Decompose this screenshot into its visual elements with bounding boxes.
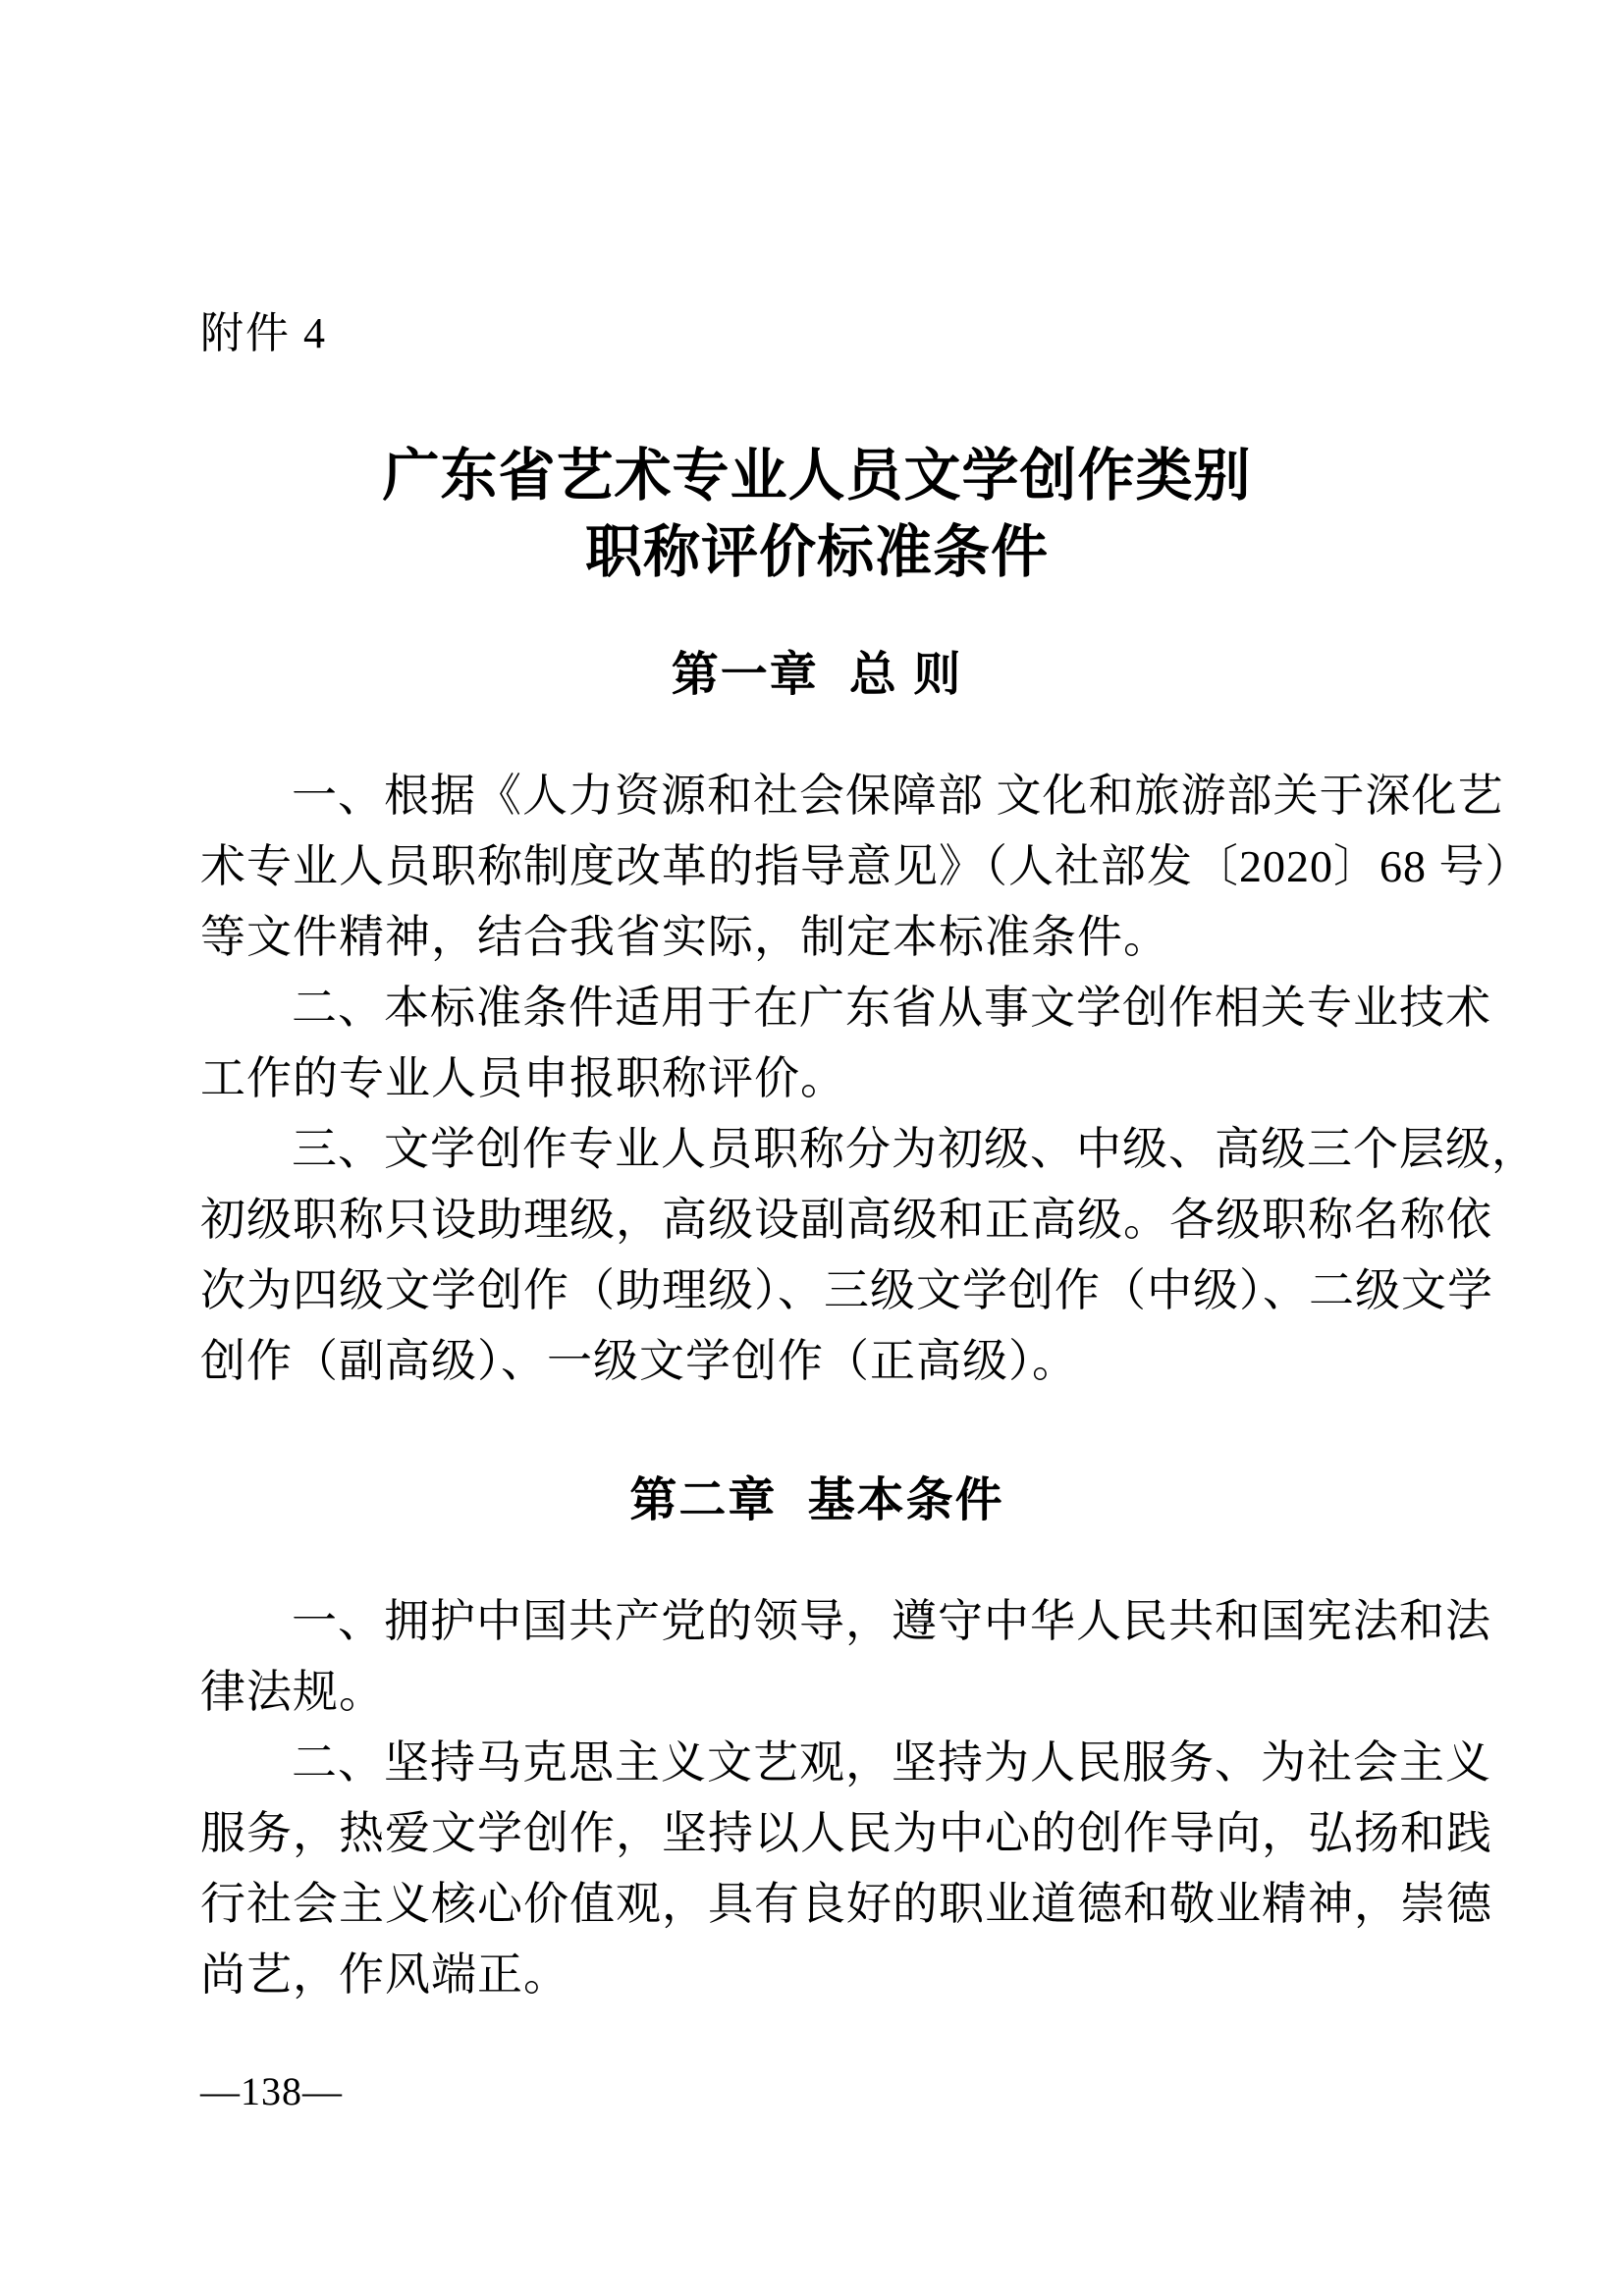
- paragraph-line: 初级职称只设助理级，高级设副高级和正高级。各级职称名称依: [200, 1185, 1434, 1255]
- paragraph-line: 创作（副高级）、一级文学创作（正高级）。: [200, 1326, 1434, 1397]
- document-title-line2: 职称评价标准条件: [200, 514, 1434, 591]
- paragraph-line: 次为四级文学创作（助理级）、三级文学创作（中级）、二级文学: [200, 1255, 1434, 1326]
- document-page: { "page": { "attachment_label": "附件 4", …: [0, 0, 1623, 2296]
- chapter: 第一章总 则 一、根据《人力资源和社会保障部 文化和旅游部关于深化艺术专业人员职…: [200, 640, 1434, 1397]
- paragraph-line: 尚艺，作风端正。: [200, 1940, 1434, 2010]
- chapter-title: 总 则: [849, 649, 962, 701]
- paragraph-line: 律法规。: [200, 1657, 1434, 1728]
- paragraph-line: 服务，热爱文学创作，坚持以人民为中心的创作导向，弘扬和践: [200, 1798, 1434, 1869]
- chapter-number: 第二章: [629, 1474, 777, 1526]
- paragraph-line: 行社会主义核心价值观，具有良好的职业道德和敬业精神，崇德: [200, 1869, 1434, 1940]
- chapter-title: 基本条件: [808, 1474, 1004, 1526]
- document-body: 第一章总 则 一、根据《人力资源和社会保障部 文化和旅游部关于深化艺术专业人员职…: [200, 640, 1434, 2010]
- paragraph-line: 一、拥护中国共产党的领导，遵守中华人民共和国宪法和法: [200, 1586, 1434, 1657]
- paragraph-line: 术专业人员职称制度改革的指导意见》（人社部发〔2020〕68 号）: [200, 831, 1434, 902]
- document-title: 广东省艺术专业人员文学创作类别 职称评价标准条件: [200, 438, 1434, 591]
- paragraph-line: 等文件精神，结合我省实际，制定本标准条件。: [200, 902, 1434, 973]
- chapter: 第二章基本条件 一、拥护中国共产党的领导，遵守中华人民共和国宪法和法律法规。二、…: [200, 1466, 1434, 2010]
- paragraph-line: 工作的专业人员申报职称评价。: [200, 1043, 1434, 1114]
- chapter-heading: 第二章基本条件: [200, 1466, 1434, 1536]
- paragraph-line: 二、本标准条件适用于在广东省从事文学创作相关专业技术: [200, 973, 1434, 1043]
- paragraph-line: 二、坚持马克思主义文艺观，坚持为人民服务、为社会主义: [200, 1728, 1434, 1798]
- page-number: —138—: [200, 2067, 343, 2116]
- attachment-label: 附件 4: [200, 308, 327, 359]
- chapter-paragraphs: 一、拥护中国共产党的领导，遵守中华人民共和国宪法和法律法规。二、坚持马克思主义文…: [200, 1586, 1434, 2010]
- document-title-line1: 广东省艺术专业人员文学创作类别: [200, 438, 1434, 514]
- chapter-number: 第一章: [672, 649, 819, 701]
- chapter-paragraphs: 一、根据《人力资源和社会保障部 文化和旅游部关于深化艺术专业人员职称制度改革的指…: [200, 761, 1434, 1397]
- chapter-heading: 第一章总 则: [200, 640, 1434, 711]
- paragraph-line: 一、根据《人力资源和社会保障部 文化和旅游部关于深化艺: [200, 761, 1434, 831]
- paragraph-line: 三、文学创作专业人员职称分为初级、中级、高级三个层级，: [200, 1114, 1434, 1185]
